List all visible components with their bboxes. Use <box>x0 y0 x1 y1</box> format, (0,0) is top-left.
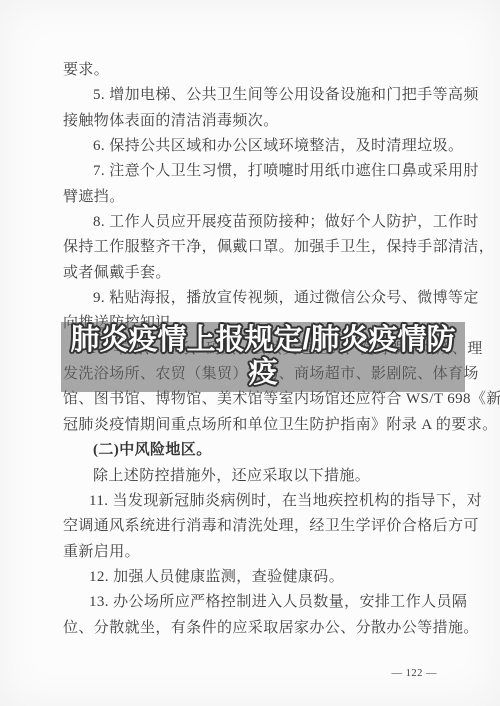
text-line: 8. 工作人员应开展疫苗预防接种；做好个人防护，工作时 <box>63 210 437 235</box>
page-number: — 122 — <box>392 668 438 679</box>
text-line: 臂遮挡。 <box>63 185 437 210</box>
text-line: 11. 当发现新冠肺炎病例时，在当地疾控机构的指导下，对 <box>63 489 437 514</box>
text-line: 要求。 <box>63 58 437 83</box>
text-line: 空调通风系统进行消毒和清洗处理，经卫生学评价合格后方可 <box>63 514 437 539</box>
text-line: (二)中风险地区。 <box>63 438 437 463</box>
text-line: 保持工作服整齐干净，佩戴口罩。加强手卫生，保持手部清洁， <box>63 235 437 260</box>
text-line: 12. 加强人员健康监测，查验健康码。 <box>63 565 437 590</box>
text-line: 9. 粘贴海报，播放宣传视频，通过微信公众号、微博等定 <box>63 286 437 311</box>
text-line: 位、分散就坐，有条件的应采取居家办公、分散办公等措施。 <box>63 616 437 641</box>
watermark-title: 肺炎疫情上报规定/肺炎疫情防疫 <box>61 324 465 390</box>
text-line: 13. 办公场所应严格控制进入人员数量，安排工作人员隔 <box>63 590 437 615</box>
watermark-title-band: 肺炎疫情上报规定/肺炎疫情防疫 <box>61 322 465 392</box>
text-line: 7. 注意个人卫生习惯，打喷嚏时用纸巾遮住口鼻或采用肘 <box>63 159 437 184</box>
text-line: 接触物体表面的清洁消毒频次。 <box>63 109 437 134</box>
text-line: 冠肺炎疫情期间重点场所和单位卫生防护指南》附录 A 的要求。 <box>63 413 437 438</box>
document-page: 要求。5. 增加电梯、公共卫生间等公用设备设施和门把手等高频接触物体表面的清洁消… <box>0 0 500 706</box>
text-line: 除上述防控措施外，还应采取以下措施。 <box>63 464 437 489</box>
text-line: 6. 保持公共区域和办公区域环境整洁，及时清理垃圾。 <box>63 134 437 159</box>
text-line: 重新启用。 <box>63 540 437 565</box>
text-line: 或者佩戴手套。 <box>63 261 437 286</box>
text-line: 5. 增加电梯、公共卫生间等公用设备设施和门把手等高频 <box>63 83 437 108</box>
